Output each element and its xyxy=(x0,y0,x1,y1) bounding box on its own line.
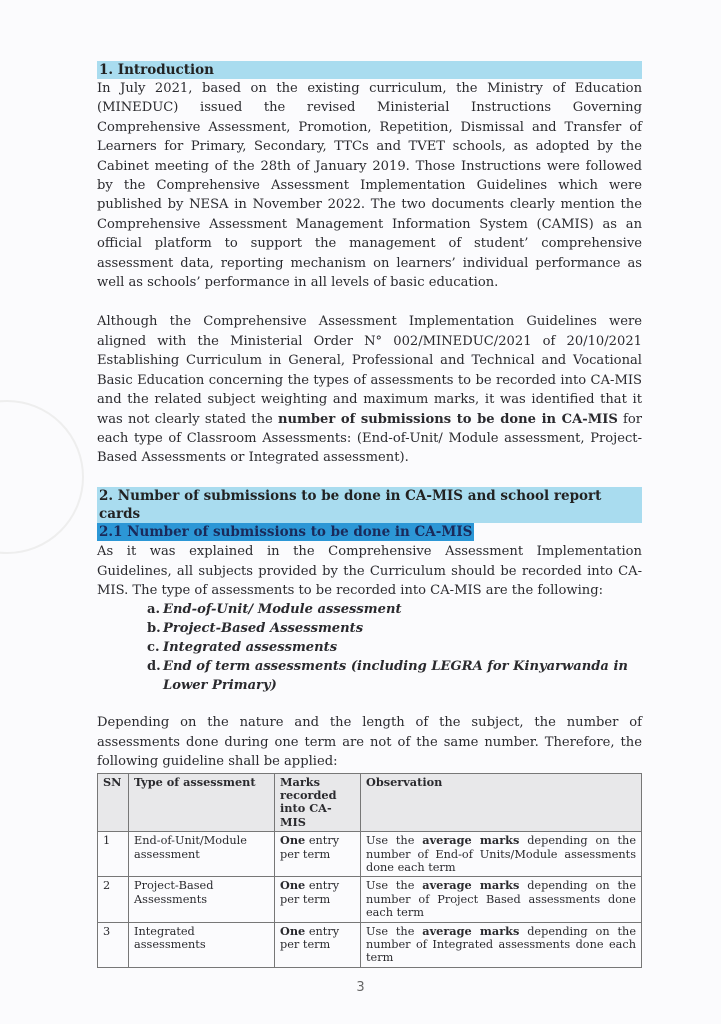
table-header-row: SN Type of assessment Marks recorded int… xyxy=(98,773,642,832)
list-item: d.End of term assessments (including LEG… xyxy=(147,657,642,695)
header-type: Type of assessment xyxy=(129,773,275,832)
header-marks: Marks recorded into CA-MIS xyxy=(275,773,361,832)
table-row: 2 Project-Based Assessments One entry pe… xyxy=(98,877,642,922)
header-observation: Observation xyxy=(361,773,642,832)
table-row: 3 Integrated assessments One entry per t… xyxy=(98,922,642,967)
section-2-intro: As it was explained in the Comprehensive… xyxy=(97,542,642,600)
list-item: a.End-of-Unit/ Module assessment xyxy=(147,600,642,619)
intro-paragraph-1: In July 2021, based on the existing curr… xyxy=(97,79,642,292)
list-item: b.Project-Based Assessments xyxy=(147,619,642,638)
header-sn: SN xyxy=(98,773,129,832)
document-page: 1. Introduction In July 2021, based on t… xyxy=(97,61,642,968)
section-2-1-heading: 2.1 Number of submissions to be done in … xyxy=(97,523,474,541)
submissions-table: SN Type of assessment Marks recorded int… xyxy=(97,773,642,968)
section-1-heading: 1. Introduction xyxy=(97,61,642,79)
assessment-type-list: a.End-of-Unit/ Module assessment b.Proje… xyxy=(97,600,642,695)
section-2-heading: 2. Number of submissions to be done in C… xyxy=(97,487,642,523)
table-row: 1 End-of-Unit/Module assessment One entr… xyxy=(98,832,642,877)
guideline-paragraph: Depending on the nature and the length o… xyxy=(97,713,642,771)
faded-stamp-seal xyxy=(0,400,84,554)
list-item: c.Integrated assessments xyxy=(147,638,642,657)
page-number: 3 xyxy=(0,980,721,995)
intro-paragraph-2: Although the Comprehensive Assessment Im… xyxy=(97,312,642,467)
